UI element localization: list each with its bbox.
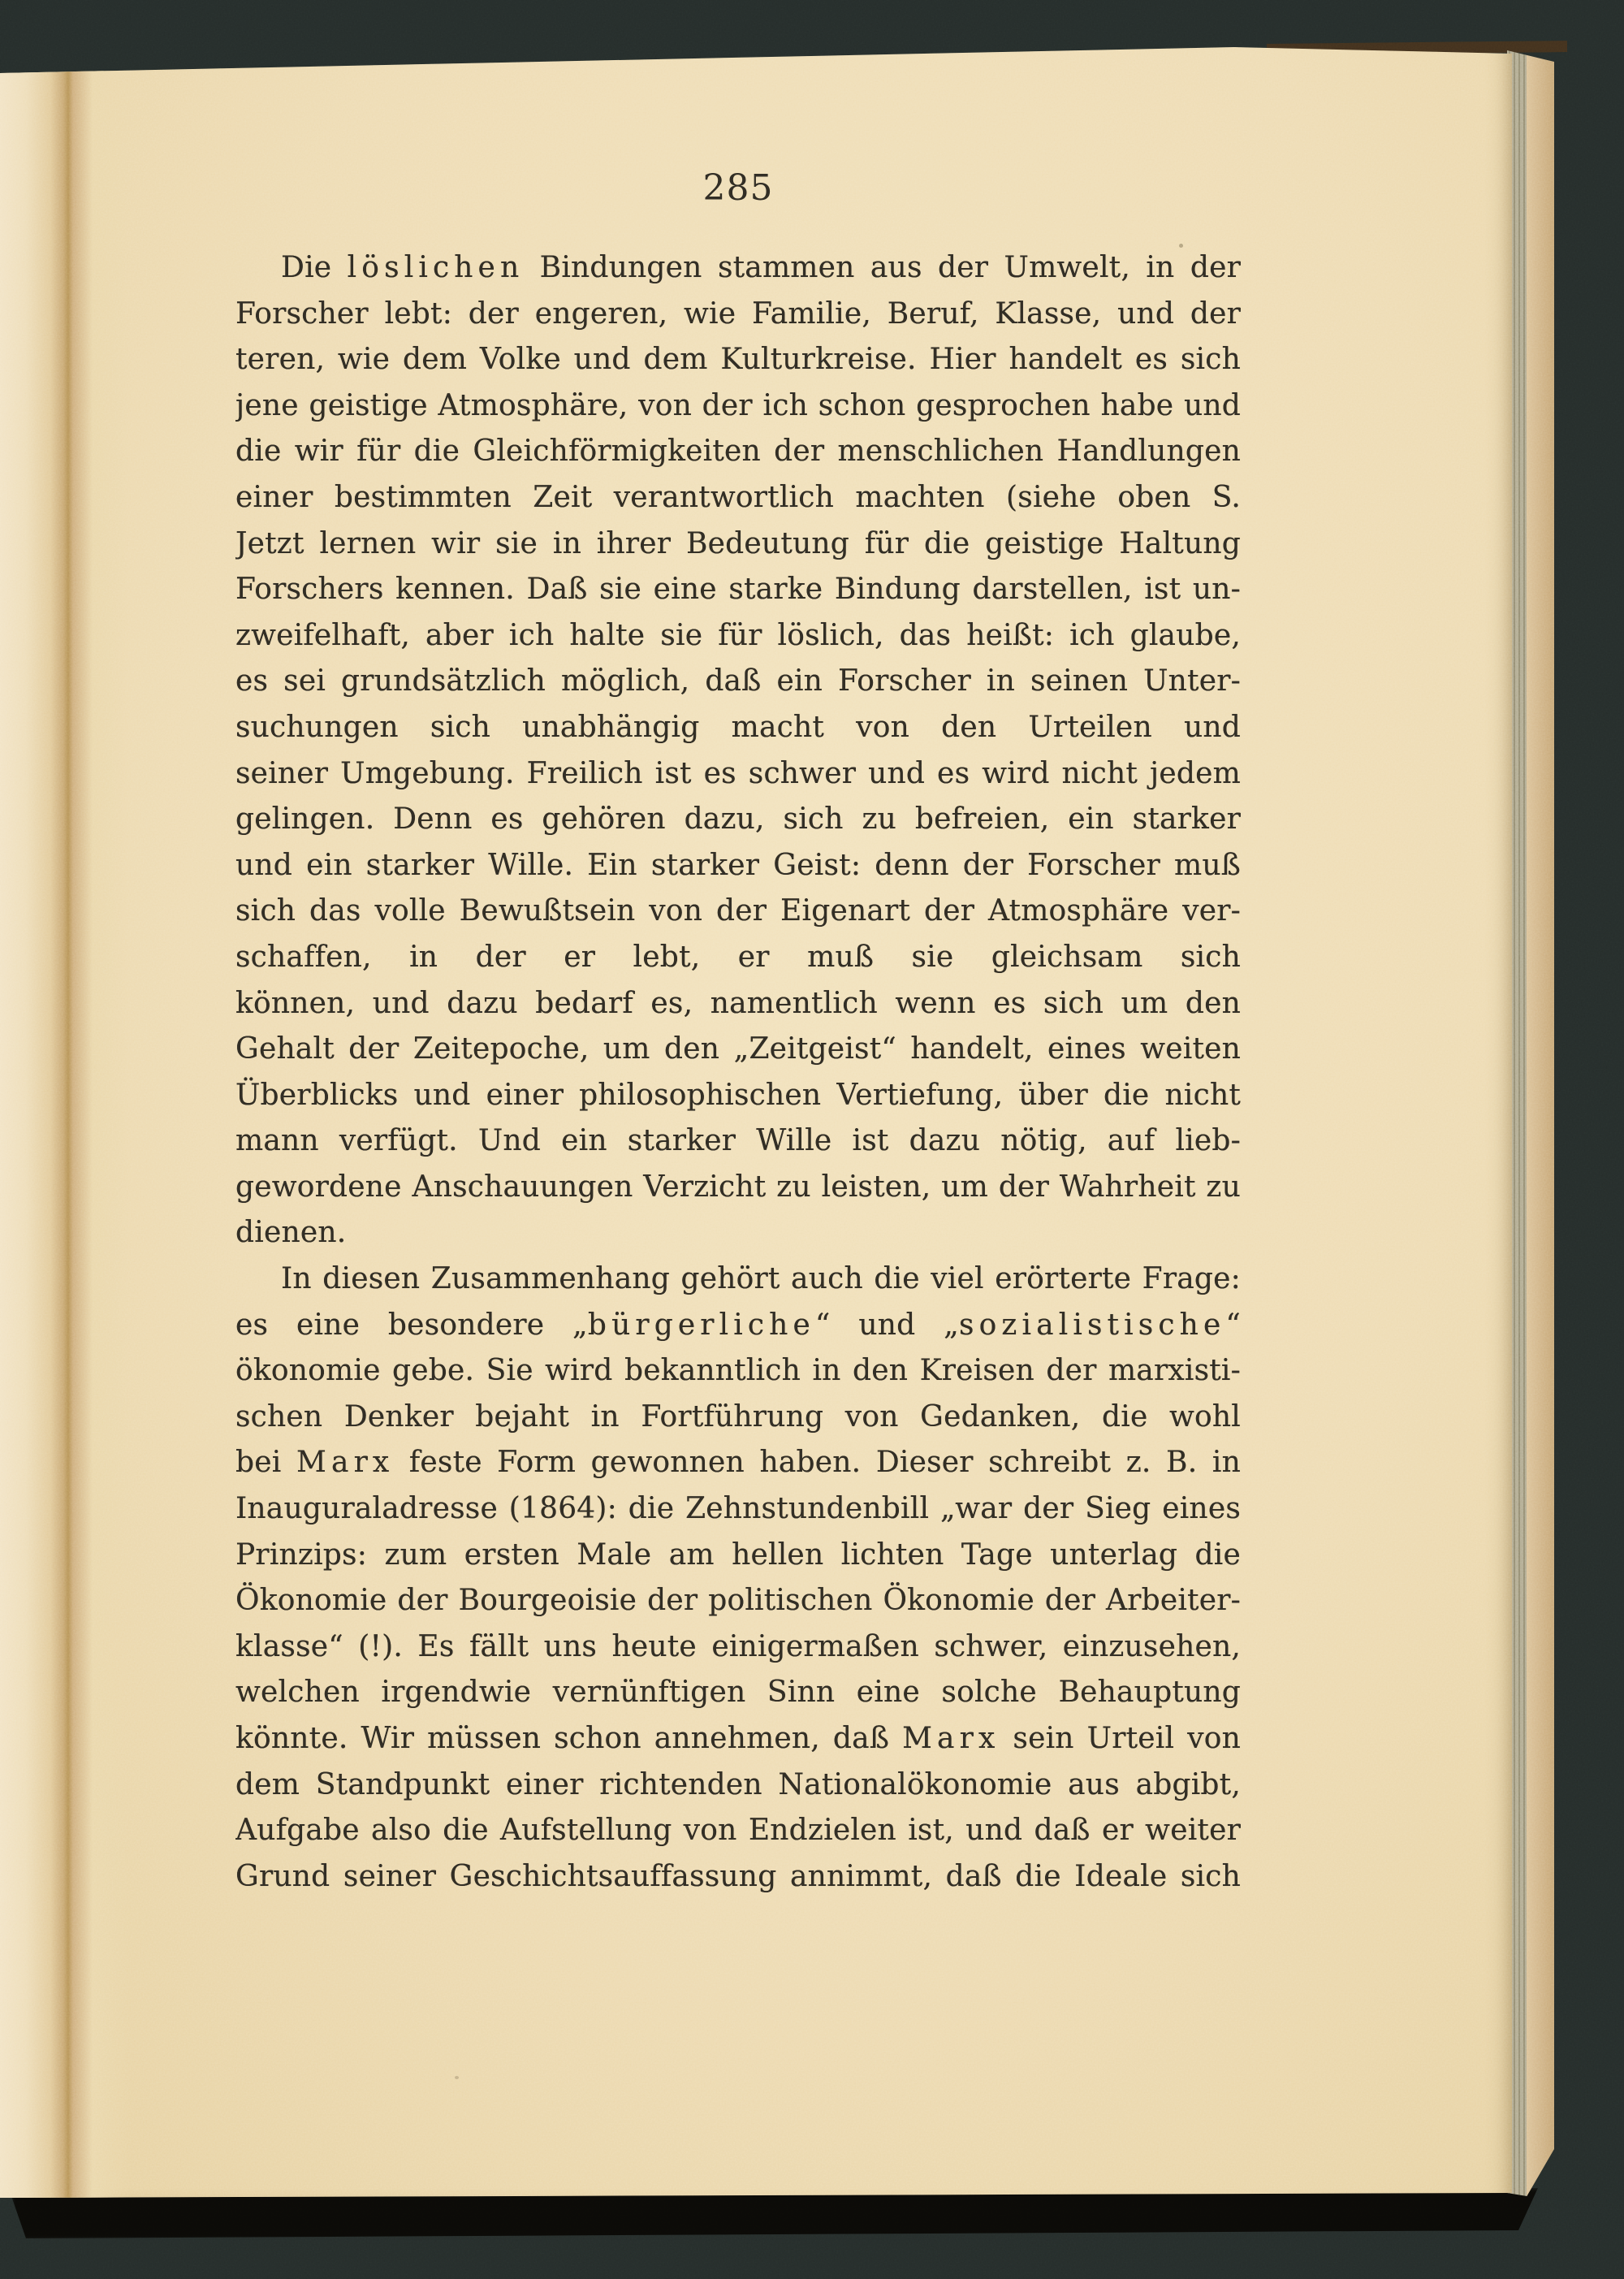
text-line: dienen. xyxy=(235,1210,1241,1256)
text-line: Forscher lebt: der engeren, wie Familie,… xyxy=(235,292,1241,338)
text-line: klasse“ (!). Es fällt uns heute einigerm… xyxy=(235,1624,1241,1671)
text-line: ökonomie gebe. Sie wird bekanntlich in d… xyxy=(235,1348,1241,1395)
text-line: Ökonomie der Bourgeoisie der politischen… xyxy=(235,1578,1241,1624)
text-line: einer bestimmten Zeit verantwortlich mac… xyxy=(235,475,1241,521)
text-line: es sei grundsätzlich möglich, daß ein Fo… xyxy=(235,659,1241,705)
text-line: jene geistige Atmosphäre, von der ich sc… xyxy=(235,383,1241,430)
text-line: gelingen. Denn es gehören dazu, sich zu … xyxy=(235,797,1241,843)
text-line: könnte. Wir müssen schon annehmen, daß M… xyxy=(235,1716,1241,1762)
text-line: Aufgabe also die Aufstellung von Endziel… xyxy=(235,1808,1241,1854)
text-line: Überblicks und einer philosophischen Ver… xyxy=(235,1073,1241,1119)
page-paragraphs: Die löslichen Bindungen stammen aus der … xyxy=(235,245,1241,1900)
book-page: 285 Die löslichen Bindungen stammen aus … xyxy=(0,0,1512,2199)
text-line: mann verfügt. Und ein starker Wille ist … xyxy=(235,1118,1241,1165)
text-line: Inauguraladresse (1864): die Zehnstunden… xyxy=(235,1486,1241,1533)
book-scan: 285 Die löslichen Bindungen stammen aus … xyxy=(0,0,1624,2279)
text-line: dem Standpunkt einer richtenden National… xyxy=(235,1762,1241,1809)
text-line: Gehalt der Zeitepoche, um den „Zeitgeist… xyxy=(235,1027,1241,1073)
text-line: bei Marx feste Form gewonnen haben. Dies… xyxy=(235,1440,1241,1486)
text-line: zweifelhaft, aber ich halte sie für lösl… xyxy=(235,613,1241,659)
text-line: die wir für die Gleichförmigkeiten der m… xyxy=(235,429,1241,475)
text-line: Die löslichen Bindungen stammen aus der … xyxy=(235,245,1241,292)
text-line: welchen irgendwie vernünftigen Sinn eine… xyxy=(235,1670,1241,1716)
page-number: 285 xyxy=(235,167,1241,209)
text-line: und ein starker Wille. Ein starker Geist… xyxy=(235,843,1241,889)
text-line: sich das volle Bewußtsein von der Eigena… xyxy=(235,889,1241,935)
page-gutter-crease xyxy=(0,0,130,2199)
page-edge-band xyxy=(1527,50,1554,2196)
text-line: schen Denker bejaht in Fortführung von G… xyxy=(235,1395,1241,1441)
text-line: teren, wie dem Volke und dem Kulturkreis… xyxy=(235,337,1241,383)
text-line: können, und dazu bedarf es, namentlich w… xyxy=(235,981,1241,1027)
text-line: schaffen, in der er lebt, er muß sie gle… xyxy=(235,935,1241,981)
text-line: In diesen Zusammenhang gehört auch die v… xyxy=(235,1256,1241,1303)
text-line: Grund seiner Geschichtsauffassung annimm… xyxy=(235,1854,1241,1901)
text-line: gewordene Anschauungen Verzicht zu leist… xyxy=(235,1165,1241,1211)
paper-speck xyxy=(455,2076,459,2079)
text-line: Prinzips: zum ersten Male am hellen lich… xyxy=(235,1533,1241,1579)
fore-edge-pages xyxy=(1507,50,1554,2196)
text-line: seiner Umgebung. Freilich ist es schwer … xyxy=(235,751,1241,798)
text-line: suchungen sich unabhängig macht von den … xyxy=(235,705,1241,751)
text-line: Jetzt lernen wir sie in ihrer Bedeutung … xyxy=(235,521,1241,568)
text-line: Forschers kennen. Daß sie eine starke Bi… xyxy=(235,567,1241,613)
text-line: es eine besondere „bürgerliche“ und „soz… xyxy=(235,1303,1241,1349)
